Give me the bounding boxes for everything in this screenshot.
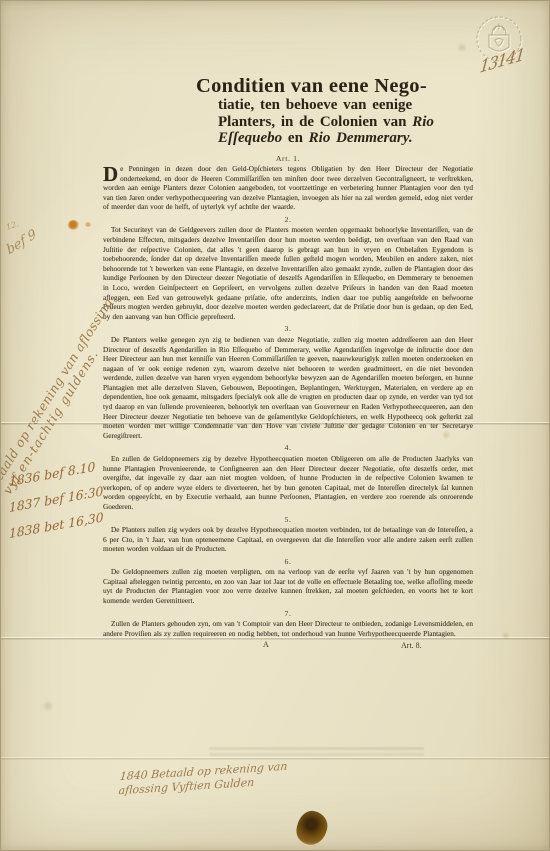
- handwritten-account-entries: 1836 bef 8.10 1837 bef 16:30 1838 bet 16…: [9, 469, 105, 547]
- article-2-text: Tot Securiteyt van de Geldgeevers zullen…: [103, 225, 473, 321]
- title-line-2: tiatie, ten behoeve van eenige: [196, 97, 478, 114]
- document-title: Conditien van eene Nego- tiatie, ten beh…: [196, 75, 478, 147]
- article-5-text: De Planters zullen zig wyders ook by dez…: [103, 525, 473, 554]
- document-scan: Conditien van eene Nego- tiatie, ten beh…: [0, 0, 550, 851]
- article-6-text: De Geldopneemers zullen zig moeten verpl…: [103, 567, 473, 605]
- foxing-spot: [441, 431, 451, 439]
- article-1-text: De Penningen in dezen door den Geld-Opſc…: [103, 164, 473, 212]
- title-line-3-italic: Rio: [412, 114, 434, 130]
- article-7-heading: 7.: [103, 609, 473, 618]
- article-4-text: En zullen de Geldopneemers zig by dezelv…: [103, 454, 473, 512]
- page-footer: A Art. 8.: [103, 640, 473, 652]
- catchword-next-article: Art. 8.: [401, 641, 422, 650]
- printed-text-column: Conditien van eene Nego- tiatie, ten beh…: [103, 75, 473, 652]
- orange-stain-spot: [68, 220, 79, 230]
- signature-mark: A: [263, 640, 269, 649]
- article-2-heading: 2.: [103, 215, 473, 224]
- title-line-3-roman: Planters, in de Colonien van: [218, 114, 412, 130]
- title-line-4-italic1: Eſſequebo: [218, 130, 282, 146]
- article-7-text: Zullen de Planters gehouden zyn, om van …: [103, 619, 473, 638]
- orange-stain-spot-small: [85, 222, 91, 227]
- title-line-1: Conditien van eene Nego-: [196, 75, 478, 97]
- article-5-heading: 5.: [103, 515, 473, 524]
- article-1-body: e Penningen in dezen door den Geld-Opſch…: [103, 164, 473, 211]
- foxing-spot: [456, 43, 468, 52]
- fold-crease-lower: [1, 637, 549, 640]
- title-line-4: Eſſequebo en Rio Demmerary.: [196, 130, 478, 147]
- article-1-heading: Art. 1.: [103, 154, 473, 163]
- foxing-spot: [501, 631, 510, 640]
- handwritten-bottom-note: 1840 Betaald op rekening van aflossing V…: [118, 760, 288, 798]
- verso-show-through: [209, 745, 424, 758]
- wax-stain-blob: [294, 808, 330, 847]
- fold-crease-upper: [1, 422, 549, 425]
- article-4-heading: 4.: [103, 443, 473, 452]
- title-line-4-roman: en: [282, 130, 309, 146]
- foxing-spot: [41, 701, 55, 711]
- handwritten-margin-note-small: 12.: [5, 219, 20, 231]
- article-3-heading: 3.: [103, 324, 473, 333]
- title-line-4-italic2: Rio Demmerary.: [309, 130, 413, 146]
- dropcap-letter: D: [103, 164, 120, 183]
- handwritten-margin-note-bef: bef 9: [5, 227, 39, 259]
- title-line-3: Planters, in de Colonien van Rio: [196, 114, 478, 131]
- article-6-heading: 6.: [103, 557, 473, 566]
